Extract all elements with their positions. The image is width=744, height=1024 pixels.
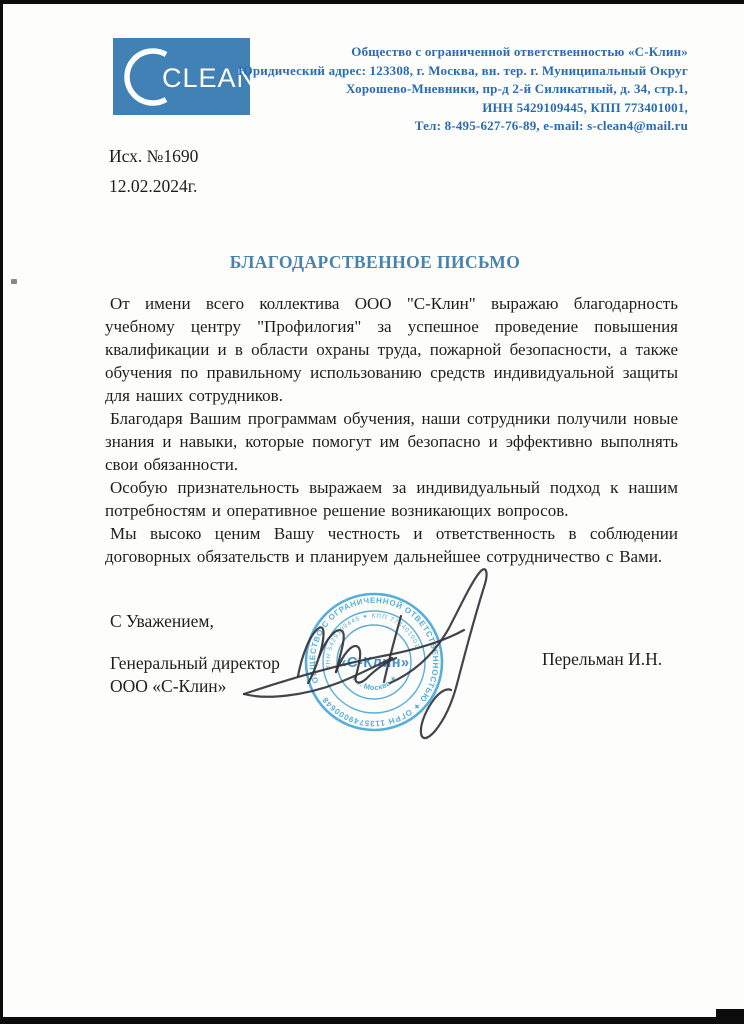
paragraph: Особую признательность выражаем за индив… bbox=[105, 476, 678, 522]
letter-body: От имени всего коллектива ООО "С-Клин" в… bbox=[105, 292, 678, 568]
letter-page: CLEAN Общество с ограниченной ответствен… bbox=[0, 0, 744, 1024]
company-info-line: Юридический адрес: 123308, г. Москва, вн… bbox=[218, 62, 688, 81]
company-info-line: Тел: 8-495-627-76-89, e-mail: s-clean4@m… bbox=[218, 117, 688, 136]
company-info-line: Хорошево-Мневники, пр-д 2-й Силикатный, … bbox=[218, 80, 688, 99]
signer-name: Перельман И.Н. bbox=[542, 649, 662, 670]
signoff-closing: С Уважением, bbox=[110, 611, 214, 632]
company-info-line: ИНН 5429109445, КПП 773401001, bbox=[218, 99, 688, 118]
scan-edge-left bbox=[0, 0, 3, 1024]
letter-title: БЛАГОДАРСТВЕННОЕ ПИСЬМО bbox=[60, 252, 690, 273]
company-info: Общество с ограниченной ответственностью… bbox=[218, 43, 688, 136]
scan-edge-top bbox=[0, 0, 744, 4]
scan-speck bbox=[11, 279, 17, 284]
letter-date: 12.02.2024г. bbox=[109, 176, 197, 197]
company-info-line: Общество с ограниченной ответственностью… bbox=[218, 43, 688, 62]
scan-corner-mark bbox=[716, 1009, 744, 1024]
paragraph: От имени всего коллектива ООО "С-Клин" в… bbox=[105, 292, 678, 407]
scan-edge-bottom bbox=[0, 1017, 744, 1024]
outgoing-number: Исх. №1690 bbox=[109, 146, 198, 167]
paragraph: Благодаря Вашим программам обучения, наш… bbox=[105, 407, 678, 476]
signature-scribble-icon bbox=[238, 562, 506, 762]
